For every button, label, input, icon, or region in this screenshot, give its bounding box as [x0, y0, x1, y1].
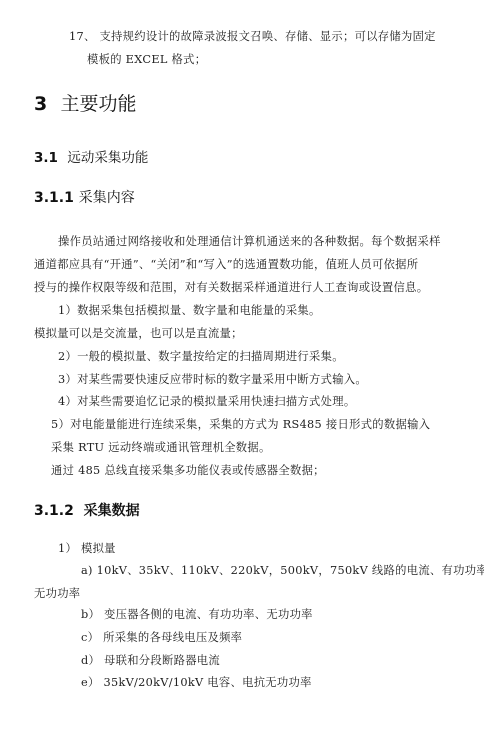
sub-item-a-line1: a) 10kV、35kV、110kV、220kV，500kV，750kV 线路的…	[81, 564, 484, 578]
heading-title: 采集内容	[79, 190, 135, 206]
heading-title: 主要功能	[60, 93, 136, 115]
list-item-1: 1）数据采集包括模拟量、数字量和电能量的采集。	[58, 304, 321, 318]
heading-section-3-1-2: 3.1.2 采集数据	[34, 500, 140, 520]
list-item-17-line2: 模板的 EXCEL 格式；	[87, 53, 206, 67]
list-item-17-line1: 17、 支持规约设计的故障录波报文召唤、存储、显示；可以存储为固定	[69, 30, 436, 44]
sub-item-c: c） 所采集的各母线电压及频率	[81, 631, 242, 645]
sub-item-b: b） 变压器各侧的电流、有功功率、无功功率	[81, 608, 313, 622]
list-item-3: 3）对某些需要快速反应带时标的数字量采用中断方式输入。	[58, 373, 367, 387]
sub-item-a-line2: 无功功率	[34, 587, 80, 601]
heading-number: 3	[34, 93, 47, 115]
sub-item-d: d） 母联和分段断路器电流	[81, 654, 220, 668]
paragraph-line: 操作员站通过网络接收和处理通信计算机通送来的各种数据。每个数据采样	[58, 235, 441, 249]
heading-section-3-1-1: 3.1.1 采集内容	[34, 187, 135, 207]
heading-title: 远动采集功能	[67, 150, 148, 166]
heading-number: 3.1	[34, 150, 58, 166]
heading-title: 采集数据	[84, 503, 140, 519]
text-line: 采集 RTU 远动终端或通讯管理机全数据。	[51, 441, 271, 455]
list-item-5: 5）对电能量能进行连续采集，采集的方式为 RS485 接日形式的数据输入	[51, 418, 430, 432]
list-item-4: 4）对某些需要追忆记录的模拟量采用快速扫描方式处理。	[58, 395, 355, 409]
sub-item-e: e） 35kV/20kV/10kV 电容、电抗无功功率	[81, 676, 312, 690]
paragraph-line: 授与的操作权限等级和范围，对有关数据采样通道进行人工查询或设置信息。	[34, 281, 428, 295]
text-line: 通过 485 总线直接采集多功能仪表或传感器全数据；	[51, 464, 325, 478]
heading-number: 3.1.2	[34, 503, 74, 519]
text-line: 模拟量可以是交流量，也可以是直流量；	[34, 327, 243, 341]
heading-number: 3.1.1	[34, 190, 74, 206]
heading-section-3-1: 3.1 远动采集功能	[34, 146, 148, 166]
document-page: 17、 支持规约设计的故障录波报文召唤、存储、显示；可以存储为固定 模板的 EX…	[0, 0, 484, 751]
list-item-analog: 1） 模拟量	[58, 542, 116, 556]
heading-section-3: 3 主要功能	[34, 89, 136, 116]
list-item-2: 2）一般的模拟量、数字量按给定的扫描周期进行采集。	[58, 350, 344, 364]
paragraph-line: 通道都应具有“开通”、“关闭”和“写入”的选通置数功能，值班人员可依据所	[34, 258, 418, 272]
